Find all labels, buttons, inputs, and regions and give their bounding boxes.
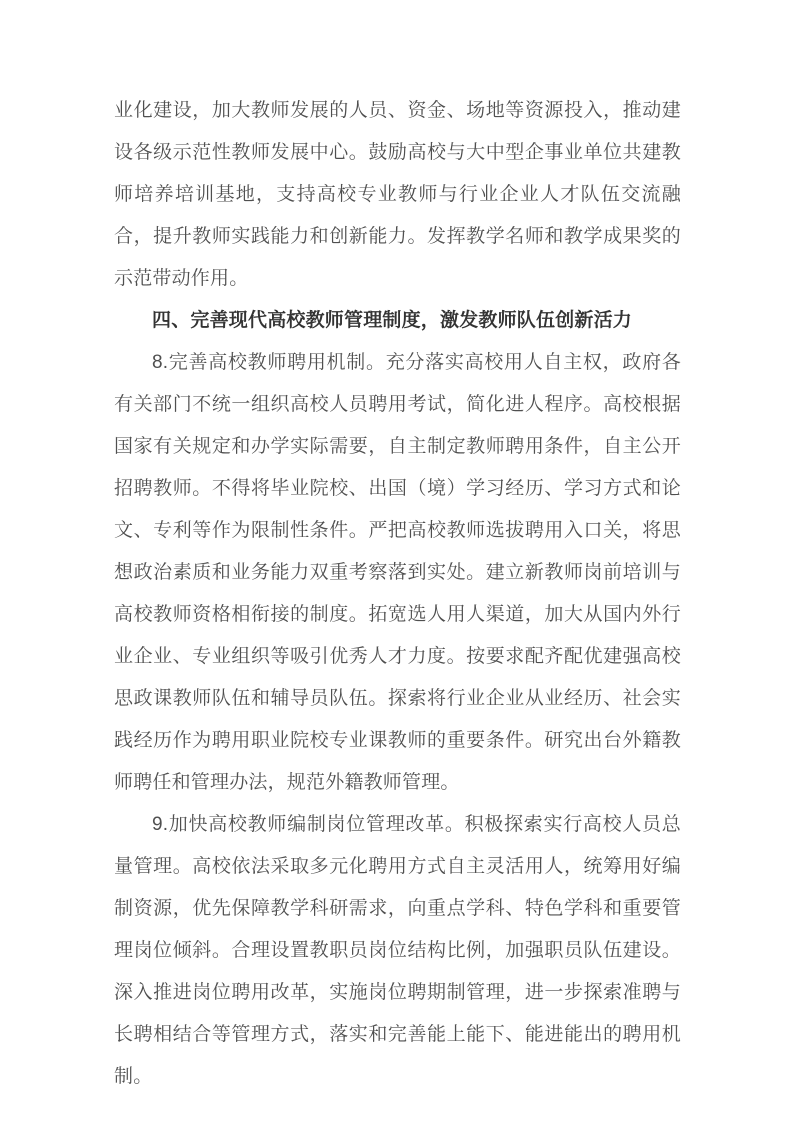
paragraph-continuation: 业化建设，加大教师发展的人员、资金、场地等资源投入，推动建设各级示范性教师发展中… xyxy=(114,90,681,300)
document-page: 业化建设，加大教师发展的人员、资金、场地等资源投入，推动建设各级示范性教师发展中… xyxy=(0,0,793,1122)
paragraph-item-8: 8.完善高校教师聘用机制。充分落实高校用人自主权，政府各有关部门不统一组织高校人… xyxy=(114,342,681,804)
section-heading-4: 四、完善现代高校教师管理制度，激发教师队伍创新活力 xyxy=(114,300,681,342)
document-body: 业化建设，加大教师发展的人员、资金、场地等资源投入，推动建设各级示范性教师发展中… xyxy=(114,90,681,1098)
paragraph-item-9: 9.加快高校教师编制岗位管理改革。积极探索实行高校人员总量管理。高校依法采取多元… xyxy=(114,804,681,1098)
